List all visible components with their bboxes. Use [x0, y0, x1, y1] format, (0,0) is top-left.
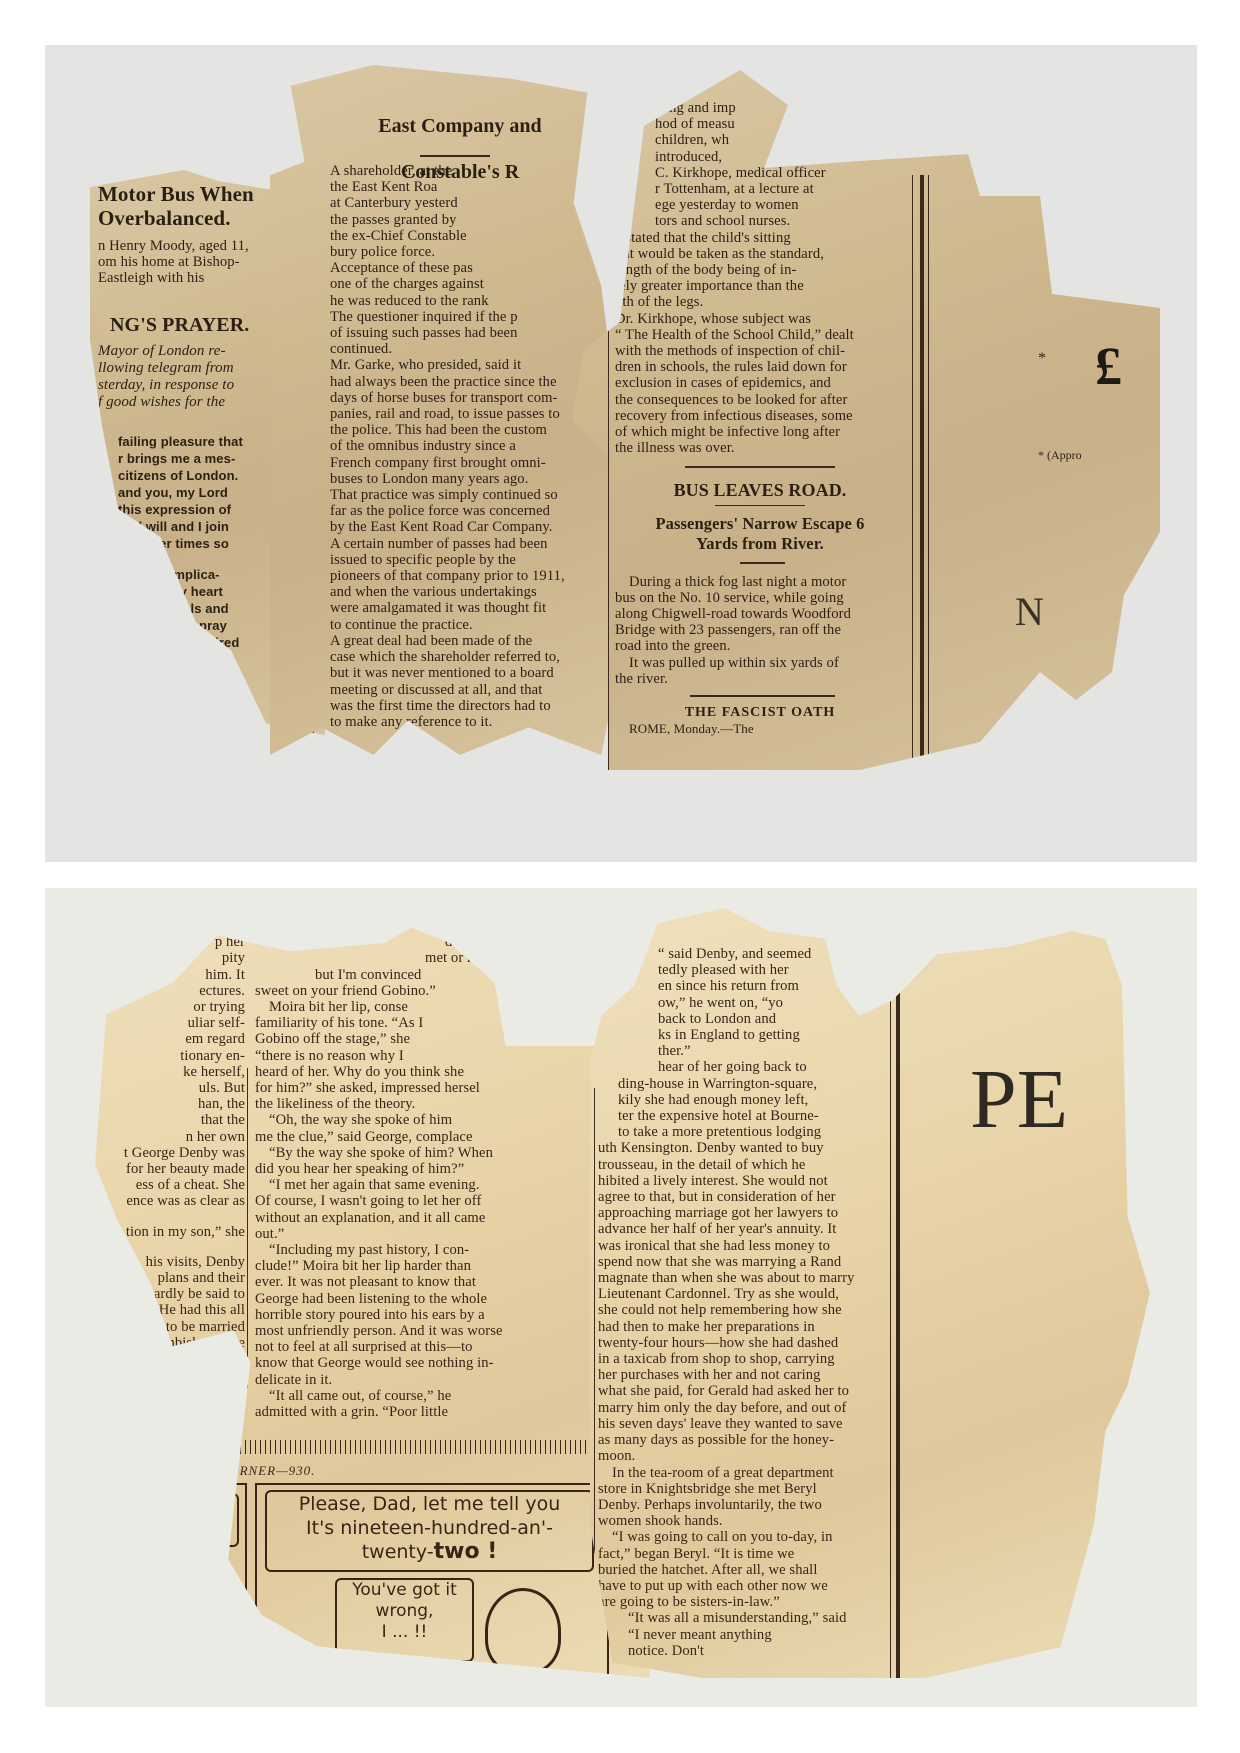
article-line: hardly be said to [100, 1286, 245, 1302]
middle-column-text: ow. He d George, met or heard but I'm co… [255, 918, 555, 1420]
article-line: p her [100, 934, 245, 950]
article-line: Moira bit her lip, conse [255, 999, 555, 1015]
article-line: were amalgamated it was thought fit [330, 600, 615, 616]
article-line: the consequences to be looked for after [615, 392, 905, 408]
article-line: approaching marriage got her lawyers to [598, 1205, 888, 1221]
article-line: “By the way she spoke of him? When [255, 1145, 555, 1161]
article-line: the river. [615, 671, 905, 687]
section-rule [685, 466, 835, 468]
article-line: trousseau, in the detail of which he [598, 1157, 888, 1173]
article-line: ring [350, 888, 371, 901]
headline-fascist-oath: THE FASCIST OATH [615, 705, 905, 721]
vertical-text-fragment: ring ch it is was r [350, 888, 401, 906]
article-line: one of the charges against [330, 276, 615, 292]
section-rule [690, 695, 835, 697]
article-line: Of course, I wasn't going to let her off [255, 1193, 555, 1209]
article-line: as many days as possible for the honey- [598, 1432, 888, 1448]
article-line: dren in schools, the rules laid down for [615, 359, 905, 375]
article-line: that the [100, 1112, 245, 1128]
article-line: the East Kent Roa [330, 179, 615, 195]
article-line: marry him only the day before, and out o… [598, 1400, 888, 1416]
article-line: not to feel at all surprised at this—to [255, 1339, 555, 1355]
article-line: along Chigwell-road towards Woodford [615, 606, 905, 622]
subhead-line: Yards from River. [615, 534, 905, 554]
article-line: ectures. [100, 983, 245, 999]
article-line: tedly pleased with her [598, 962, 888, 978]
column-rule [890, 943, 891, 1678]
article-line: she could not help remembering how she [598, 1302, 888, 1318]
article-line [100, 1240, 245, 1254]
article-line: gth of the legs. [615, 294, 905, 310]
comic-line: I ... !! [337, 1622, 472, 1643]
article-line: ever. It was not pleasant to know that [255, 1274, 555, 1290]
column-rule-heavy [896, 943, 900, 1678]
article-line: introduced, [615, 149, 905, 165]
article-line: road into the green. [615, 638, 905, 654]
article-line: spend now that she was marrying a Rand [598, 1254, 888, 1270]
article-line: but I'm convinced [255, 967, 555, 983]
article-line: are going to be sisters-in-law.” [598, 1594, 888, 1610]
article-line: “I met her again that same evening. [255, 1177, 555, 1193]
article-line: did you hear her speaking of him?” [255, 1161, 555, 1177]
article-line: e stated that the child's sitting [615, 230, 905, 246]
article-line: hibited a lively interest. She would not [598, 1173, 888, 1189]
hatched-rule [165, 1440, 635, 1454]
article-line: know that George would see nothing in- [255, 1355, 555, 1371]
article-line: at Canterbury yesterd [330, 195, 615, 211]
ad-partial-letter: N [1015, 588, 1044, 635]
article-line: bury police force. [330, 244, 615, 260]
comic-strip-title: DEN'S CORNER—930. [175, 1463, 315, 1479]
article-line: hod of measu [615, 116, 905, 132]
article-line: A shareholder, at the [330, 163, 615, 179]
dateline: ROME, Monday.—The [615, 721, 905, 737]
article-line: women shook hands. [598, 1513, 888, 1529]
article-line: “Including my past history, I con- [255, 1242, 555, 1258]
comic-line: Please, Dad, let me tell you [267, 1492, 592, 1516]
article-line: store in Knightsbridge she met Beryl [598, 1481, 888, 1497]
photo-panel-back: ring ch it is was r sake p her pity him.… [45, 888, 1197, 1707]
headline-divider [715, 505, 805, 506]
article-line: r Tottenham, at a lecture at [615, 181, 905, 197]
article-line: ow. He [255, 918, 555, 934]
article-line: admitted with a grin. “Poor little [255, 1404, 555, 1420]
article-line: the police. This had been the custom [330, 422, 615, 438]
article-line: “there is no reason why I [255, 1048, 555, 1064]
article-line: In the tea-room of a great department [598, 1465, 888, 1481]
article-line: had always been the practice since the [330, 374, 615, 390]
comic-line: ne. [197, 1495, 237, 1517]
article-line: sting and imp [615, 100, 905, 116]
article-line: bus on the No. 10 service, while going [615, 590, 905, 606]
subhead-line: Passengers' Narrow Escape 6 [615, 514, 905, 534]
comic-reply-bubble: You've got it wrong, I ... !! [335, 1578, 474, 1662]
article-line: tors and school nurses. [615, 213, 905, 229]
article-line: em regard [100, 1031, 245, 1047]
article-line: he was reduced to the rank [330, 293, 615, 309]
article-line: children, wh [615, 132, 905, 148]
article-line: the passes granted by [330, 212, 615, 228]
article-line: delicate in it. [255, 1372, 555, 1388]
article-line: ter the expensive hotel at Bourne- [598, 1108, 888, 1124]
article-line: familiarity of his tone. “As I [255, 1015, 555, 1031]
article-line: “It all came out, of course,” he [255, 1388, 555, 1404]
article-line: Bridge with 23 passengers, ran off the [615, 622, 905, 638]
article-line: He had this all [100, 1302, 245, 1318]
article-line: the likeliness of the theory. [255, 1096, 555, 1112]
right-column-text: “ said Denby, and seemed tedly pleased w… [598, 946, 888, 1659]
article-line: French company first brought omni- [330, 455, 615, 471]
article-line: her purchases with her and not caring [598, 1367, 888, 1383]
article-line: or trying [100, 999, 245, 1015]
article-line: buried the hatchet. After all, we shall [598, 1562, 888, 1578]
article-line: ght would be taken as the standard, [615, 246, 905, 262]
article-line: was the first time the directors had to [330, 698, 615, 714]
article-line: plans and their [100, 1270, 245, 1286]
article-line: pity [100, 950, 245, 966]
right-column-text: sting and imp hod of measu children, wh … [615, 100, 905, 738]
article-line: continued. [330, 341, 615, 357]
article-line: “I never meant anything [598, 1627, 888, 1643]
star-icon: * [1038, 350, 1046, 368]
article-line: The questioner inquired if the p [330, 309, 615, 325]
article-line: magnate than when she was about to marry [598, 1270, 888, 1286]
article-line: tely greater importance than the [615, 278, 905, 294]
article-line: me the clue,” said George, complace [255, 1129, 555, 1145]
torn-fragment-right: “ said Denby, and seemed tedly pleased w… [590, 908, 1150, 1678]
article-line: Acceptance of these pas [330, 260, 615, 276]
article-line: sake [100, 918, 245, 934]
article-line: recovery from infectious diseases, some [615, 408, 905, 424]
approx-note: * (Appro [1038, 448, 1082, 463]
article-line: pioneers of that company prior to 1911, [330, 568, 615, 584]
article-line: the ex-Chief Constable [330, 228, 615, 244]
headline-rule [420, 155, 490, 157]
article-line: of issuing such passes had been [330, 325, 615, 341]
article-line: moon. [598, 1448, 888, 1464]
article-line: Gobino off the stage,” she [255, 1031, 555, 1047]
article-line: for her beauty made [100, 1161, 245, 1177]
comic-line: wrong, [337, 1601, 472, 1622]
article-line: ke herself, [100, 1064, 245, 1080]
article-line: case which the shareholder referred to, [330, 649, 615, 665]
article-line: without an explanation, and it all came [255, 1210, 555, 1226]
article-line: uls. But [100, 1080, 245, 1096]
article-line: Lieutenant Cardonnel. Try as she would, [598, 1286, 888, 1302]
torn-fragment-middle: East Company and Constable's R A shareho… [270, 65, 615, 755]
cartoon-face-icon [485, 1588, 561, 1674]
article-line: uliar self- [100, 1015, 245, 1031]
article-line: have to put up with each other now we [598, 1578, 888, 1594]
column-rule-heavy [920, 175, 924, 770]
article-line: That practice was simply continued so [330, 487, 615, 503]
article-line: t George Denby was [100, 1145, 245, 1161]
subhead-rule [740, 562, 785, 564]
article-line: with the methods of inspection of chil- [615, 343, 905, 359]
article-line: what she paid, for Gerald had asked her … [598, 1383, 888, 1399]
left-column-text: sake p her pity him. It ectures. or tryi… [100, 918, 245, 1351]
column-rule [247, 1068, 248, 1388]
article-line: C. Kirkhope, medical officer [615, 165, 905, 181]
article-line: fact,” began Beryl. “It is time we [598, 1546, 888, 1562]
torn-fragment-right: sting and imp hod of measu children, wh … [560, 70, 1160, 770]
article-line: hear of her going back to [598, 1059, 888, 1075]
article-line: ege yesterday to women [615, 197, 905, 213]
article-line: heard of her. Why do you think she [255, 1064, 555, 1080]
article-line: ence was as clear as [100, 1193, 245, 1209]
article-line: n her own [100, 1129, 245, 1145]
article-line: tion in my son,” she [100, 1224, 245, 1240]
headline-line: East Company and [300, 113, 615, 139]
middle-column-text: A shareholder, at the the East Kent Roa … [330, 163, 615, 730]
article-line: notice. Don't [598, 1643, 888, 1659]
article-line: ther.” [598, 1043, 888, 1059]
article-line: in a taxicab from shop to shop, carrying [598, 1351, 888, 1367]
column-rule [912, 175, 913, 770]
article-line: for him?” she asked, impressed hersel [255, 1080, 555, 1096]
comic-line: You've got it [337, 1580, 472, 1601]
torn-fragment-left: ring ch it is was r sake p her pity him.… [95, 888, 650, 1678]
article-line: Dr. Kirkhope, whose subject was [615, 311, 905, 327]
article-line: ch it is [365, 888, 386, 903]
article-line: back to London and [598, 1011, 888, 1027]
photo-panel-front: Motor Bus When Overbalanced. n Henry Moo… [45, 45, 1197, 862]
article-line: to make any reference to it. [330, 714, 615, 730]
article-line: ess of a cheat. She [100, 1177, 245, 1193]
article-line: Mr. Garke, who presided, said it [330, 357, 615, 373]
article-line: out.” [255, 1226, 555, 1242]
article-line: “It was all a misunderstanding,” said [598, 1610, 888, 1626]
article-line: his visits, Denby [100, 1254, 245, 1270]
article-line: agree to that, but in consideration of h… [598, 1189, 888, 1205]
article-line: en since his return from [598, 978, 888, 994]
article-line: ding-house in Warrington-square, [598, 1076, 888, 1092]
article-line: ks in England to getting [598, 1027, 888, 1043]
article-line: to continue the practice. [330, 617, 615, 633]
ad-headline-partial: PE [970, 1058, 1068, 1142]
article-line: of which might be infective long after [615, 424, 905, 440]
article-line: “I was going to call on you to-day, in [598, 1529, 888, 1545]
comic-emphasis: two ! [434, 1539, 498, 1564]
article-line: most unfriendly person. And it was worse [255, 1323, 555, 1339]
article-line: “ said Denby, and seemed [598, 946, 888, 962]
article-line: kily she had enough money left, [598, 1092, 888, 1108]
article-line: his seven days' leave they wanted to sav… [598, 1416, 888, 1432]
article-line: clude!” Moira bit her lip harder than [255, 1258, 555, 1274]
article-line: exclusion in cases of epidemics, and [615, 375, 905, 391]
comic-speech-bubble: Please, Dad, let me tell you It's ninete… [265, 1490, 594, 1572]
column-rule [928, 175, 929, 770]
article-line: It was pulled up within six yards of [615, 655, 905, 671]
article-line: han, the [100, 1096, 245, 1112]
comic-line: n'- [197, 1517, 237, 1539]
article-line: Archbishop if he [100, 1335, 245, 1351]
article-line: During a thick fog last night a motor [615, 574, 905, 590]
article-line: was ironical that she had less money to [598, 1238, 888, 1254]
article-line: ow,” he went on, “yo [598, 995, 888, 1011]
article-line: A great deal had been made of the [330, 633, 615, 649]
headline-bus-leaves-road: BUS LEAVES ROAD. [615, 482, 905, 498]
article-line: “ The Health of the School Child,” dealt [615, 327, 905, 343]
article-line: uth Kensington. Denby wanted to buy [598, 1140, 888, 1156]
article-line: the illness was over. [615, 440, 905, 456]
pound-sign-icon: £ [1095, 335, 1122, 397]
comic-line: It's nineteen-hundred-an'- [267, 1516, 592, 1540]
article-line: of the omnibus industry since a [330, 438, 615, 454]
column-rule [608, 330, 609, 770]
article-line: him. It [100, 967, 245, 983]
article-line: A certain number of passes had been [330, 536, 615, 552]
comic-bubble-left: ne. n'- [195, 1493, 239, 1547]
article-line: met or heard [255, 950, 555, 966]
article-line: to take a more pretentious lodging [598, 1124, 888, 1140]
article-line: horrible story poured into his ears by a [255, 1307, 555, 1323]
article-line: “Oh, the way she spoke of him [255, 1112, 555, 1128]
article-line: buses to London many years ago. [330, 471, 615, 487]
article-line: twenty-four hours—how she had dashed [598, 1335, 888, 1351]
article-line: days of horse buses for transport com- [330, 390, 615, 406]
article-line: sweet on your friend Gobino.” [255, 983, 555, 999]
article-line: length of the body being of in- [615, 262, 905, 278]
article-line: d George, [255, 934, 555, 950]
article-line: and when the various undertakings [330, 584, 615, 600]
article-line: far as the police force was concerned [330, 503, 615, 519]
article-line: advance her half of her year's annuity. … [598, 1221, 888, 1237]
article-line: tionary en- [100, 1048, 245, 1064]
article-line: but it was never mentioned to a board [330, 665, 615, 681]
article-line: issued to specific people by the [330, 552, 615, 568]
article-line [100, 1210, 245, 1224]
comic-line: twenty- [362, 1541, 434, 1563]
article-line: had then to make her preparations in [598, 1319, 888, 1335]
article-line: meeting or discussed at all, and that [330, 682, 615, 698]
article-line: George had been listening to the whole [255, 1291, 555, 1307]
article-line: was r [380, 888, 401, 906]
article-line: by the East Kent Road Car Company. [330, 519, 615, 535]
article-line: Denby. Perhaps involuntarily, the two [598, 1497, 888, 1513]
article-line: ere to be married [100, 1319, 245, 1335]
ad-fragment-text: ne [1050, 908, 1065, 926]
